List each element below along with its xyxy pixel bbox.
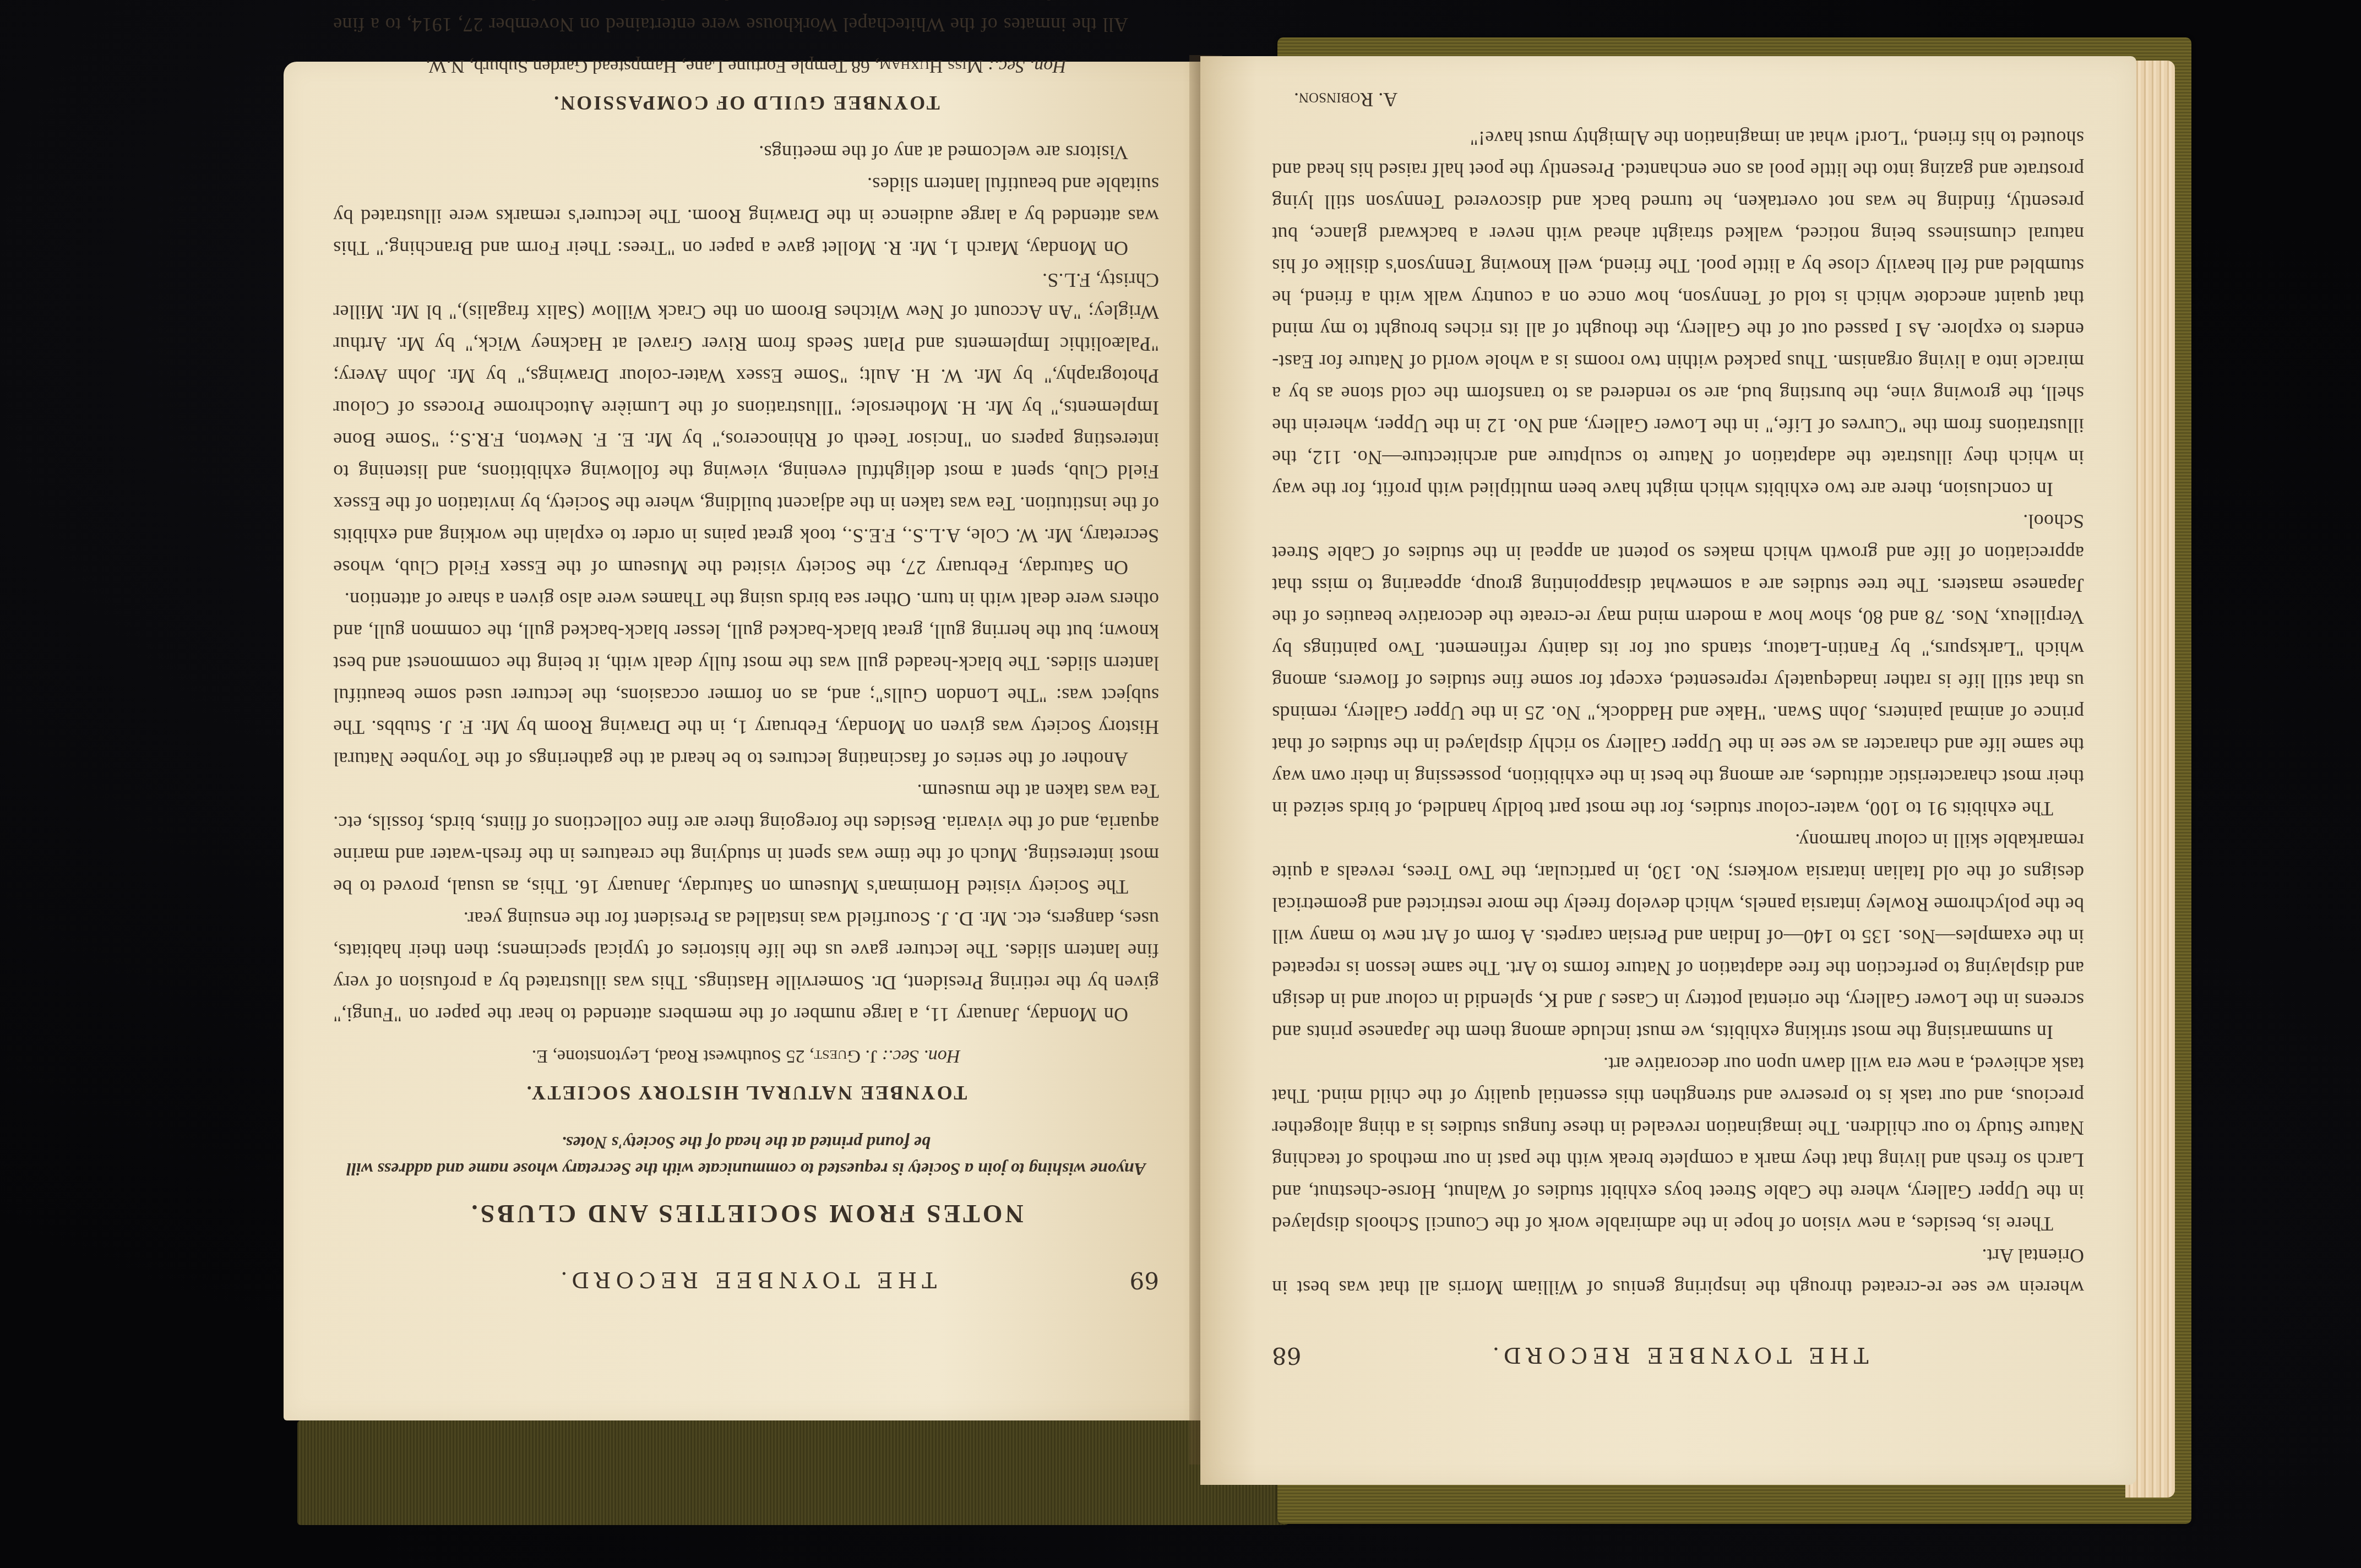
page-68-content: 00 THE TOYNBEE RECORD. 68 wherein we see… [1272,150,2084,1369]
paragraph: On Monday, January 11, a large number of… [333,903,1159,1031]
hon-sec-guild: Hon. Sec.: Miss Huxham, 68 Temple Fortun… [333,52,1159,80]
paragraph: All the inmates of the Whitechapel Workh… [333,0,1159,41]
paragraph: On Monday, March 1, Mr. R. Mollet gave a… [333,168,1159,264]
paragraph: In conclusion, there are two exhibits wh… [1272,122,2084,505]
page-68: 00 THE TOYNBEE RECORD. 68 wherein we see… [1200,56,2136,1485]
paragraph: On Saturday, February 27, the Society vi… [333,264,1159,584]
main-title: NOTES FROM SOCIETIES AND CLUBS. [333,1199,1159,1228]
page-69: 69 THE TOYNBEE RECORD. 00 NOTES FROM SOC… [284,62,1220,1420]
running-head-title: THE TOYNBEE RECORD. [362,1267,1129,1292]
paragraph: The Society visited Horniman's Museum on… [333,775,1159,903]
paragraph: There is, besides, a new vision of hope … [1272,1048,2084,1240]
book-cover-left-edge [297,1420,1288,1525]
running-head: 00 THE TOYNBEE RECORD. 68 [1272,1342,2084,1369]
paragraph: Visitors are welcomed at any of the meet… [333,137,1159,168]
page-number: 69 [1130,1267,1159,1294]
running-head: 69 THE TOYNBEE RECORD. 00 [333,1267,1159,1294]
page-69-content: 69 THE TOYNBEE RECORD. 00 NOTES FROM SOC… [333,144,1159,1294]
paragraph: Another of the series of fascinating lec… [333,584,1159,775]
paragraph: The exhibits 91 to 100, water-colour stu… [1272,505,2084,825]
page-number: 68 [1272,1342,1301,1369]
hon-sec-natural-history: Hon. Sec.: J. Guest, 25 Southwest Road, … [333,1042,1159,1070]
membership-note: Anyone wishing to join a Society is requ… [344,1130,1148,1183]
author-signature: A. Robinson. [1272,88,2084,111]
hon-sec-address: 68 Temple Fortune Lane, Hampstead Garden… [426,56,870,77]
hon-sec-label: Hon. Sec.: [988,56,1067,77]
hon-sec-name: Miss Huxham, [875,56,983,77]
paragraph: wherein we see re-created through the in… [1272,1240,2084,1304]
hon-sec-label: Hon. Sec.: [882,1046,961,1066]
section-title-natural-history: TOYNBEE NATURAL HISTORY SOCIETY. [333,1081,1159,1104]
paragraph: In summarising the most striking exhibit… [1272,825,2084,1048]
section-title-guild-of-compassion: TOYNBEE GUILD OF COMPASSION. [333,91,1159,115]
hon-sec-address: 25 Southwest Road, Leytonstone, E. [532,1046,805,1066]
hon-sec-name: J. Guest, [809,1046,877,1066]
running-head-title: THE TOYNBEE RECORD. [1301,1342,2054,1368]
